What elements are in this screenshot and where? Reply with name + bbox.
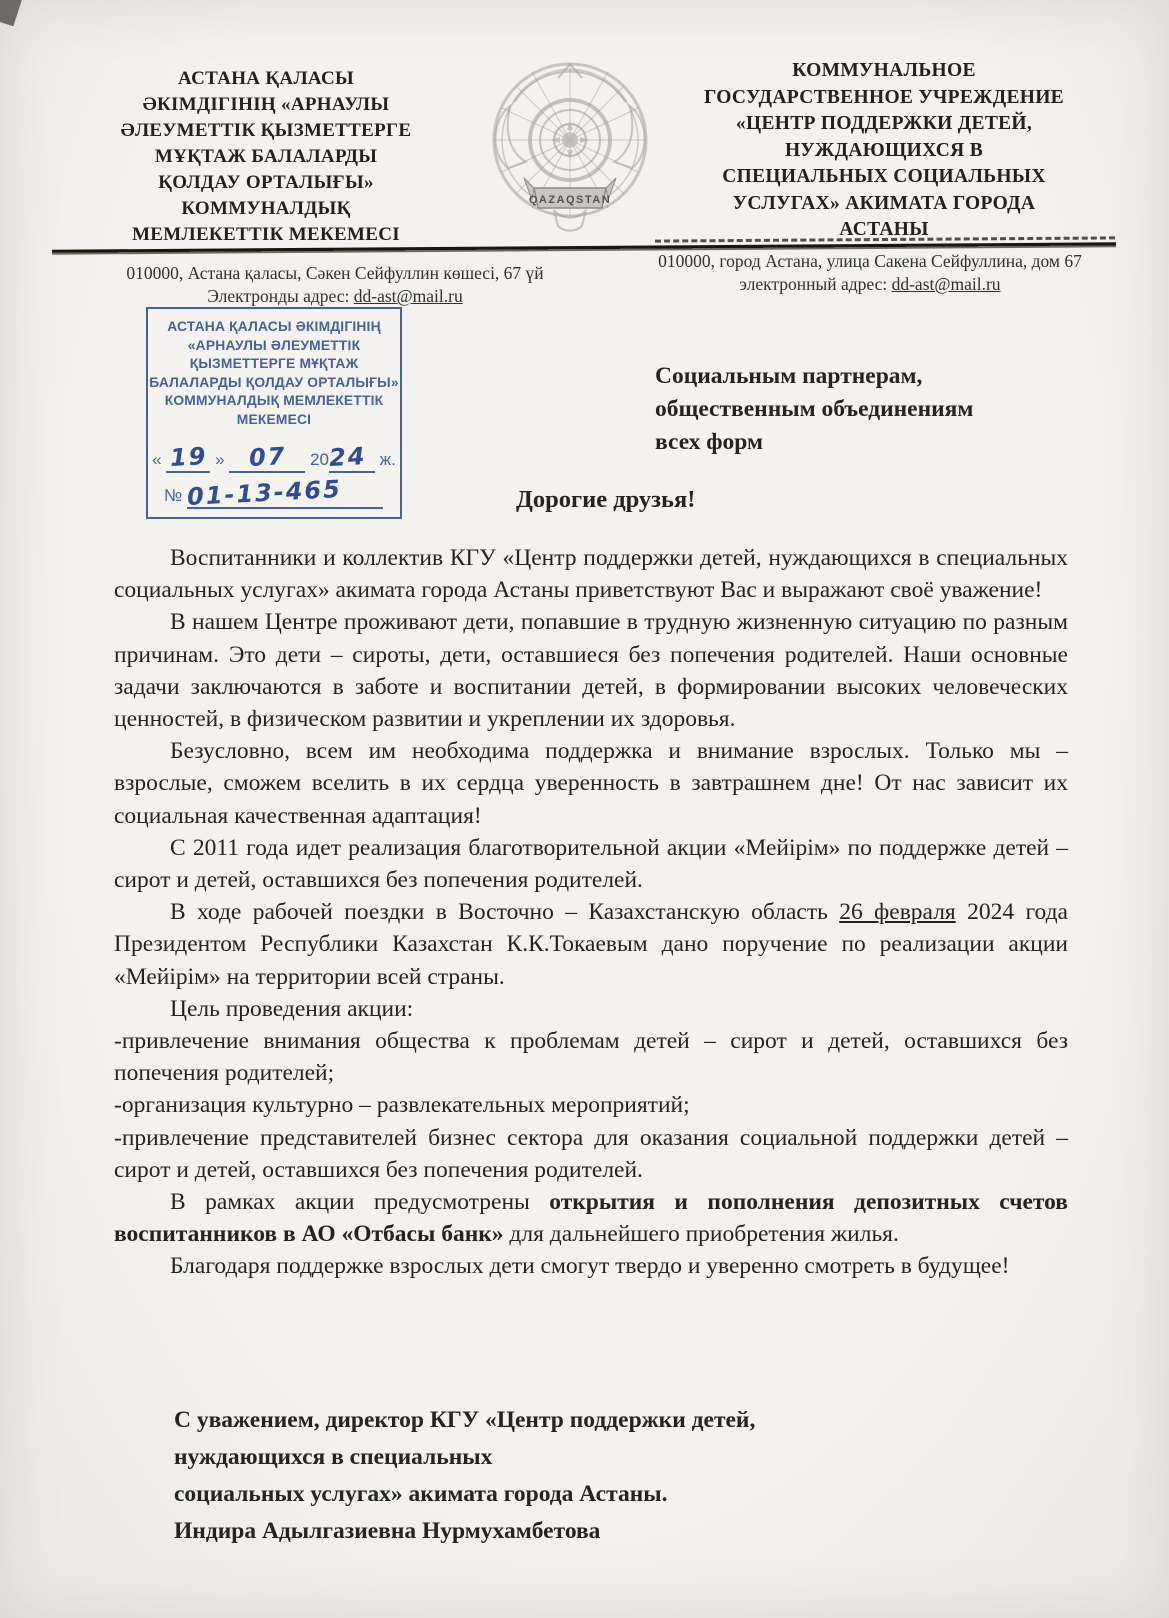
stamp-date-open-quote: « <box>152 450 161 469</box>
body-paragraph: Безусловно, всем им необходима поддержка… <box>114 735 1068 832</box>
text-run: Безусловно, всем им необходима поддержка… <box>114 738 1068 828</box>
handwritten-day: 19 <box>169 442 208 472</box>
body-paragraph: С 2011 года идет реализация благотворите… <box>114 832 1068 896</box>
letterhead-russian-line: УСЛУГАХ» АКИМАТА ГОРОДА <box>662 191 1106 218</box>
stamp-org-line: БАЛАЛАРДЫ ҚОЛДАУ ОРТАЛЫҒЫ» <box>148 374 400 393</box>
scanned-letter-page: АСТАНА ҚАЛАСЫӘКІМДІГІНІҢ «АРНАУЛЫӘЛЕУМЕТ… <box>0 0 1169 1618</box>
emblem-banner-text: QAZAQSTAN <box>529 194 611 206</box>
address-russian: 010000, город Астана, улица Сакена Сейфу… <box>630 250 1110 296</box>
letterhead-kazakh-line: АСТАНА ҚАЛАСЫ <box>96 66 436 92</box>
text-run: В ходе рабочей поездки в Восточно – Каза… <box>170 899 839 925</box>
recipient-line: Социальным партнерам, <box>655 360 1055 393</box>
stamp-date-suffix: ж. <box>380 450 396 469</box>
registration-stamp: АСТАНА ҚАЛАСЫ ӘКІМДІГІНІҢ«АРНАУЛЫ ӘЛЕУМЕ… <box>146 307 402 519</box>
recipient-block: Социальным партнерам,общественным объеди… <box>655 360 1055 459</box>
address-kazakh-email-label: Электронды адрес: <box>207 286 354 306</box>
stamp-date-close-quote: » <box>215 450 224 469</box>
letterhead-russian-line: ГОСУДАРСТВЕННОЕ УЧРЕЖДЕНИЕ <box>662 85 1106 112</box>
stamp-org-line: КОММУНАЛДЫҚ МЕМЛЕКЕТТІК <box>148 392 400 411</box>
recipient-line: всех форм <box>655 426 1055 459</box>
letterhead-kazakh-line: ӘКІМДІГІНІҢ «АРНАУЛЫ <box>96 92 436 118</box>
body-paragraph: В рамках акции предусмотрены открытия и … <box>114 1186 1068 1250</box>
email-link[interactable]: dd-ast@mail.ru <box>354 286 463 306</box>
kazakhstan-coat-of-arms-icon: QAZAQSTAN <box>484 50 656 238</box>
letterhead-kazakh-line: МҰҚТАЖ БАЛАЛАРДЫ <box>96 144 436 170</box>
text-run: для дальнейшего приобретения жилья. <box>504 1221 899 1247</box>
stamp-date-month-slot: 07 <box>229 443 305 473</box>
stamp-number-row: № 01-13-465 <box>148 479 400 509</box>
stamp-date-year-prefix: 20 <box>310 450 329 469</box>
stamp-date-year-slot: 24 <box>329 443 375 473</box>
body-paragraph: Цель проведения акции: <box>114 993 1068 1025</box>
salutation: Дорогие друзья! <box>516 486 695 514</box>
letterhead-kazakh-line: МЕМЛЕКЕТТІК МЕКЕМЕСІ <box>96 222 436 248</box>
stamp-date-day-slot: 19 <box>166 443 210 473</box>
stamp-org-line: МЕКЕМЕСІ <box>148 411 400 430</box>
stamp-org-line: ҚЫЗМЕТТЕРГЕ МҰҚТАЖ <box>148 355 400 374</box>
text-run: В рамках акции предусмотрены <box>170 1189 549 1215</box>
text-run: Воспитанники и коллектив КГУ «Центр подд… <box>114 545 1068 603</box>
address-russian-email-line: электронный адрес: dd-ast@mail.ru <box>630 273 1110 296</box>
signature-line: Индира Адылгазиевна Нурмухамбетова <box>174 1513 934 1550</box>
body-paragraph: Воспитанники и коллектив КГУ «Центр подд… <box>114 542 1068 606</box>
address-kazakh-email-line: Электронды адрес: dd-ast@mail.ru <box>80 285 590 308</box>
letterhead-russian: КОММУНАЛЬНОЕГОСУДАРСТВЕННОЕ УЧРЕЖДЕНИЕ«Ц… <box>662 58 1106 244</box>
text-run: -привлечение внимания общества к проблем… <box>114 1028 1068 1086</box>
text-run: Цель проведения акции: <box>170 996 413 1022</box>
letterhead-kazakh-line: ӘЛЕУМЕТТІК ҚЫЗМЕТТЕРГЕ <box>96 118 436 144</box>
address-kazakh: 010000, Астана қаласы, Сәкен Сейфуллин к… <box>80 262 590 308</box>
text-run: -организация культурно – развлекательных… <box>114 1092 690 1118</box>
stamp-number-slot: 01-13-465 <box>187 479 383 509</box>
handwritten-month: 07 <box>248 442 287 472</box>
stamp-org-line: «АРНАУЛЫ ӘЛЕУМЕТТІК <box>148 337 400 356</box>
stamp-date-row: « 19 » 07 2024 ж. <box>148 443 400 473</box>
address-kazakh-street: 010000, Астана қаласы, Сәкен Сейфуллин к… <box>80 262 590 285</box>
letterhead-kazakh: АСТАНА ҚАЛАСЫӘКІМДІГІНІҢ «АРНАУЛЫӘЛЕУМЕТ… <box>96 66 436 248</box>
body-paragraph: В ходе рабочей поездки в Восточно – Каза… <box>114 896 1068 993</box>
text-run: В нашем Центре проживают дети, попавшие … <box>114 609 1068 732</box>
scan-corner-artifact <box>0 0 25 26</box>
stamp-org-lines: АСТАНА ҚАЛАСЫ ӘКІМДІГІНІҢ«АРНАУЛЫ ӘЛЕУМЕ… <box>148 318 400 429</box>
letterhead-russian-line: СПЕЦИАЛЬНЫХ СОЦИАЛЬНЫХ <box>662 164 1106 191</box>
email-link[interactable]: dd-ast@mail.ru <box>892 274 1001 294</box>
underlined-text: 26 февраля <box>839 899 956 925</box>
body-paragraph: -привлечение внимания общества к проблем… <box>114 1025 1068 1089</box>
signature-line: С уважением, директор КГУ «Центр поддерж… <box>174 1402 934 1439</box>
letterhead-russian-line: НУЖДАЮЩИХСЯ В <box>662 138 1106 165</box>
stamp-number-label: № <box>164 486 182 505</box>
recipient-line: общественным объединениям <box>655 393 1055 426</box>
handwritten-number: 01-13-465 <box>186 475 342 511</box>
signature-line: социальных услугах» акимата города Астан… <box>174 1476 934 1513</box>
handwritten-year: 24 <box>328 442 367 472</box>
body-paragraph: В нашем Центре проживают дети, попавшие … <box>114 606 1068 735</box>
letter-body: Воспитанники и коллектив КГУ «Центр подд… <box>114 542 1068 1283</box>
letterhead-kazakh-line: ҚОЛДАУ ОРТАЛЫҒЫ» <box>96 170 436 196</box>
stamp-org-line: АСТАНА ҚАЛАСЫ ӘКІМДІГІНІҢ <box>148 318 400 337</box>
letterhead-kazakh-line: КОММУНАЛДЫҚ <box>96 196 436 222</box>
address-russian-email-label: электронный адрес: <box>739 274 891 294</box>
letterhead-russian-line: «ЦЕНТР ПОДДЕРЖКИ ДЕТЕЙ, <box>662 111 1106 138</box>
body-paragraph: -организация культурно – развлекательных… <box>114 1089 1068 1121</box>
address-russian-street: 010000, город Астана, улица Сакена Сейфу… <box>630 250 1110 273</box>
letterhead-russian-line: КОММУНАЛЬНОЕ <box>662 58 1106 85</box>
signature-block: С уважением, директор КГУ «Центр поддерж… <box>174 1402 934 1550</box>
body-paragraph: Благодаря поддержке взрослых дети смогут… <box>114 1250 1068 1282</box>
signature-line: нуждающихся в специальных <box>174 1439 934 1476</box>
text-run: Благодаря поддержке взрослых дети смогут… <box>170 1253 1010 1279</box>
body-paragraph: -привлечение представителей бизнес секто… <box>114 1122 1068 1186</box>
text-run: -привлечение представителей бизнес секто… <box>114 1125 1068 1183</box>
text-run: С 2011 года идет реализация благотворите… <box>114 835 1068 893</box>
